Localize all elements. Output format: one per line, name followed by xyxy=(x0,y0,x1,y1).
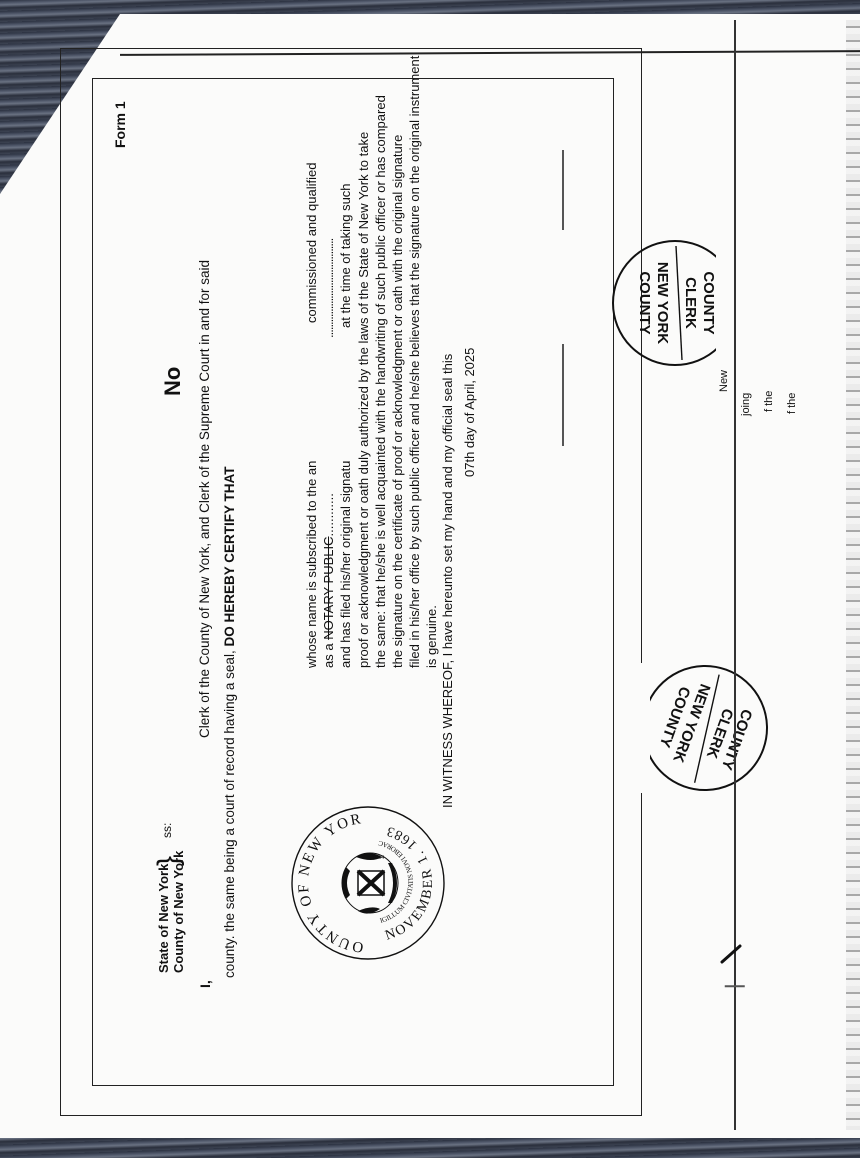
dotted-fill: ...................................... xyxy=(320,239,337,338)
body-line: is genuine. xyxy=(423,56,440,668)
svg-text:NEW YORK: NEW YORK xyxy=(654,262,671,344)
body-line: whose name is subscribed to the an xyxy=(303,56,320,668)
body-line: the signature on the certificate of proo… xyxy=(389,56,406,668)
certificate-rotated: Form 1 No State of New York County of Ne… xyxy=(0,0,860,1158)
certificate-number-label: No xyxy=(160,367,186,396)
small-dash xyxy=(725,985,745,987)
witness-clause: IN WITNESS WHEREOF, I have hereunto set … xyxy=(440,354,455,808)
body-line-right: commissioned and qualified xyxy=(303,163,320,323)
body-line: and has filed his/her original signatu xyxy=(337,56,354,668)
venue-ss: ss: xyxy=(160,823,174,838)
back-sheet-text: joing xyxy=(740,393,752,416)
back-sheet-text: f the xyxy=(763,391,775,412)
intro-i: I, xyxy=(197,980,213,988)
back-sheet-text: New xyxy=(718,370,730,392)
svg-text:CLERK: CLERK xyxy=(682,277,699,329)
certificate-body: whose name is subscribed to the an as a … xyxy=(303,56,441,668)
body-line: as a NOTARY PUBLIC............ xyxy=(320,56,337,668)
certify-heading: DO HEREBY CERTIFY THAT xyxy=(222,467,237,647)
intro-line-2-text: county. the same being a court of record… xyxy=(222,650,237,978)
county-clerk-stamp-icon: COUNTY CLERK NEW YORK COUNTY xyxy=(610,238,740,368)
certificate-date: 07th day of April, 2025 xyxy=(462,348,477,477)
struck-title: NOTARY PUBLIC xyxy=(321,536,336,639)
svg-text:1664: 1664 xyxy=(372,855,384,861)
signature-line xyxy=(562,150,564,230)
body-text: as a xyxy=(321,643,336,668)
body-line: the same: that he/she is well acquainted… xyxy=(372,56,389,668)
dotted-fill: ............ xyxy=(321,493,336,536)
svg-text:COUNTY: COUNTY xyxy=(636,271,653,334)
signature-line xyxy=(562,344,564,446)
county-seal-icon: COUNTY OF NEW YORK NOVEMBER 1. 1683 SIGI… xyxy=(288,803,448,963)
intro-line-1: Clerk of the County of New York, and Cle… xyxy=(197,260,212,738)
brace-icon: } xyxy=(154,856,184,866)
venue-block: State of New York County of New York xyxy=(156,851,186,973)
body-line: proof or acknowledgment or oath duly aut… xyxy=(355,56,372,668)
svg-text:COUNTY OF NEW YORK: COUNTY OF NEW YORK xyxy=(288,811,365,963)
venue-state: State of New York xyxy=(156,851,171,973)
venue-county: County of New York xyxy=(171,851,186,973)
county-clerk-stamp-icon: COUNTY CLERK NEW YORK COUNTY xyxy=(640,663,770,793)
svg-text:COUNTY: COUNTY xyxy=(700,271,717,334)
intro-line-2: county. the same being a court of record… xyxy=(222,467,237,978)
body-line-right: at the time of taking such xyxy=(337,183,354,328)
body-line: filed in his/her office by such public o… xyxy=(406,56,423,668)
form-label: Form 1 xyxy=(112,101,128,148)
back-sheet-text: f the xyxy=(786,393,798,414)
pen-mark-icon xyxy=(712,930,752,970)
